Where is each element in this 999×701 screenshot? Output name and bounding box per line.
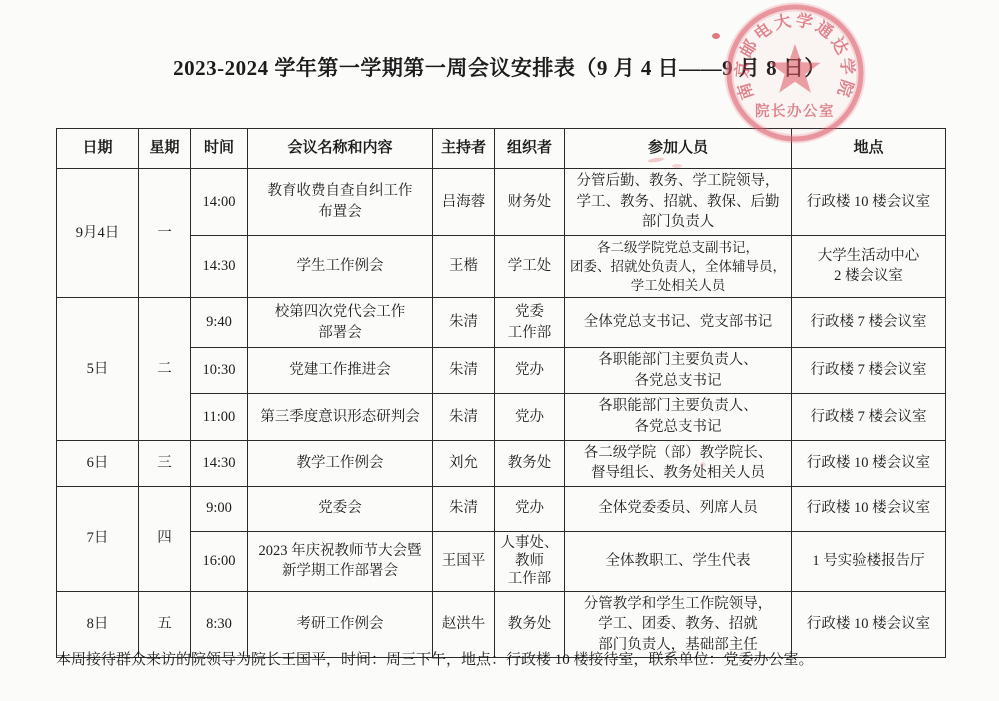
cell-date: 6日 bbox=[57, 440, 139, 486]
header-place: 地点 bbox=[792, 129, 946, 169]
header-time: 时间 bbox=[191, 129, 248, 169]
header-weekday: 星期 bbox=[139, 129, 191, 169]
cell-place: 行政楼 10 楼会议室 bbox=[792, 169, 946, 236]
cell-time: 9:40 bbox=[191, 298, 248, 348]
cell-host: 刘允 bbox=[433, 440, 495, 486]
cell-organizer: 教务处 bbox=[495, 440, 565, 486]
cell-meeting: 2023 年庆祝教师节大会暨 新学期工作部署会 bbox=[248, 531, 433, 591]
page-title: 2023-2024 学年第一学期第一周会议安排表（9 月 4 日——9 月 8 … bbox=[0, 52, 999, 82]
meeting-schedule-table: 日期 星期 时间 会议名称和内容 主持者 组织者 参加人员 地点 9月4日 一 … bbox=[56, 128, 946, 658]
cell-host: 朱清 bbox=[433, 394, 495, 440]
cell-weekday: 一 bbox=[139, 169, 191, 298]
cell-participants: 全体教职工、学生代表 bbox=[565, 531, 792, 591]
cell-place: 行政楼 10 楼会议室 bbox=[792, 440, 946, 486]
cell-host: 朱清 bbox=[433, 486, 495, 531]
cell-participants: 各二级学院（部）教学院长、 督导组长、教务处相关人员 bbox=[565, 440, 792, 486]
cell-weekday: 二 bbox=[139, 298, 191, 440]
table-row: 14:30 学生工作例会 王楷 学工处 各二级学院党总支副书记， 团委、招就处负… bbox=[57, 235, 946, 297]
ink-smudge bbox=[672, 164, 682, 168]
cell-weekday: 四 bbox=[139, 486, 191, 591]
table-row: 9月4日 一 14:00 教育收费自查自纠工作 布置会 吕海蓉 财务处 分管后勤… bbox=[57, 169, 946, 236]
cell-time: 10:30 bbox=[191, 348, 248, 394]
cell-participants: 各二级学院党总支副书记， 团委、招就处负责人，全体辅导员， 学工处相关人员 bbox=[565, 235, 792, 297]
cell-time: 14:30 bbox=[191, 235, 248, 297]
cell-date: 9月4日 bbox=[57, 169, 139, 298]
cell-participants: 各职能部门主要负责人、 各党总支书记 bbox=[565, 348, 792, 394]
scanned-document-page: 2023-2024 学年第一学期第一周会议安排表（9 月 4 日——9 月 8 … bbox=[0, 0, 999, 701]
cell-place: 1 号实验楼报告厅 bbox=[792, 531, 946, 591]
cell-participants: 全体党委委员、列席人员 bbox=[565, 486, 792, 531]
table-row: 11:00 第三季度意识形态研判会 朱清 党办 各职能部门主要负责人、 各党总支… bbox=[57, 394, 946, 440]
cell-meeting: 党委会 bbox=[248, 486, 433, 531]
cell-meeting: 校第四次党代会工作 部署会 bbox=[248, 298, 433, 348]
cell-time: 14:30 bbox=[191, 440, 248, 486]
cell-host: 朱清 bbox=[433, 348, 495, 394]
reception-note: 本周接待群众来访的院领导为院长王国平，时间：周三下午，地点：行政楼 10 楼接待… bbox=[56, 648, 956, 669]
table-header-row: 日期 星期 时间 会议名称和内容 主持者 组织者 参加人员 地点 bbox=[57, 129, 946, 169]
cell-time: 11:00 bbox=[191, 394, 248, 440]
cell-host: 吕海蓉 bbox=[433, 169, 495, 236]
cell-meeting: 党建工作推进会 bbox=[248, 348, 433, 394]
cell-place: 行政楼 7 楼会议室 bbox=[792, 348, 946, 394]
cell-host: 王楷 bbox=[433, 235, 495, 297]
table-row: 6日 三 14:30 教学工作例会 刘允 教务处 各二级学院（部）教学院长、 督… bbox=[57, 440, 946, 486]
cell-time: 16:00 bbox=[191, 531, 248, 591]
ink-speck bbox=[712, 33, 720, 39]
cell-participants: 各职能部门主要负责人、 各党总支书记 bbox=[565, 394, 792, 440]
cell-place: 行政楼 10 楼会议室 bbox=[792, 486, 946, 531]
table-row: 7日 四 9:00 党委会 朱清 党办 全体党委委员、列席人员 行政楼 10 楼… bbox=[57, 486, 946, 531]
cell-host: 王国平 bbox=[433, 531, 495, 591]
cell-meeting: 学生工作例会 bbox=[248, 235, 433, 297]
cell-weekday: 三 bbox=[139, 440, 191, 486]
header-meeting: 会议名称和内容 bbox=[248, 129, 433, 169]
cell-organizer: 党办 bbox=[495, 394, 565, 440]
cell-time: 9:00 bbox=[191, 486, 248, 531]
cell-meeting: 第三季度意识形态研判会 bbox=[248, 394, 433, 440]
header-organizer: 组织者 bbox=[495, 129, 565, 169]
cell-participants: 分管后勤、教务、学工院领导， 学工、教务、招就、教保、后勤 部门负责人 bbox=[565, 169, 792, 236]
header-participants: 参加人员 bbox=[565, 129, 792, 169]
cell-meeting: 教育收费自查自纠工作 布置会 bbox=[248, 169, 433, 236]
cell-time: 14:00 bbox=[191, 169, 248, 236]
cell-date: 5日 bbox=[57, 298, 139, 440]
cell-organizer: 财务处 bbox=[495, 169, 565, 236]
ink-speck bbox=[700, 462, 706, 467]
cell-organizer: 党委 工作部 bbox=[495, 298, 565, 348]
table-row: 16:00 2023 年庆祝教师节大会暨 新学期工作部署会 王国平 人事处、 教… bbox=[57, 531, 946, 591]
cell-place: 行政楼 7 楼会议室 bbox=[792, 394, 946, 440]
header-host: 主持者 bbox=[433, 129, 495, 169]
header-date: 日期 bbox=[57, 129, 139, 169]
cell-date: 7日 bbox=[57, 486, 139, 591]
cell-place: 大学生活动中心 2 楼会议室 bbox=[792, 235, 946, 297]
cell-meeting: 教学工作例会 bbox=[248, 440, 433, 486]
cell-host: 朱清 bbox=[433, 298, 495, 348]
cell-participants: 全体党总支书记、党支部书记 bbox=[565, 298, 792, 348]
cell-place: 行政楼 7 楼会议室 bbox=[792, 298, 946, 348]
table-row: 5日 二 9:40 校第四次党代会工作 部署会 朱清 党委 工作部 全体党总支书… bbox=[57, 298, 946, 348]
cell-organizer: 人事处、 教师 工作部 bbox=[495, 531, 565, 591]
cell-organizer: 党办 bbox=[495, 486, 565, 531]
cell-organizer: 党办 bbox=[495, 348, 565, 394]
seal-bottom-text: 院长办公室 bbox=[755, 102, 835, 120]
cell-organizer: 学工处 bbox=[495, 235, 565, 297]
table-row: 10:30 党建工作推进会 朱清 党办 各职能部门主要负责人、 各党总支书记 行… bbox=[57, 348, 946, 394]
